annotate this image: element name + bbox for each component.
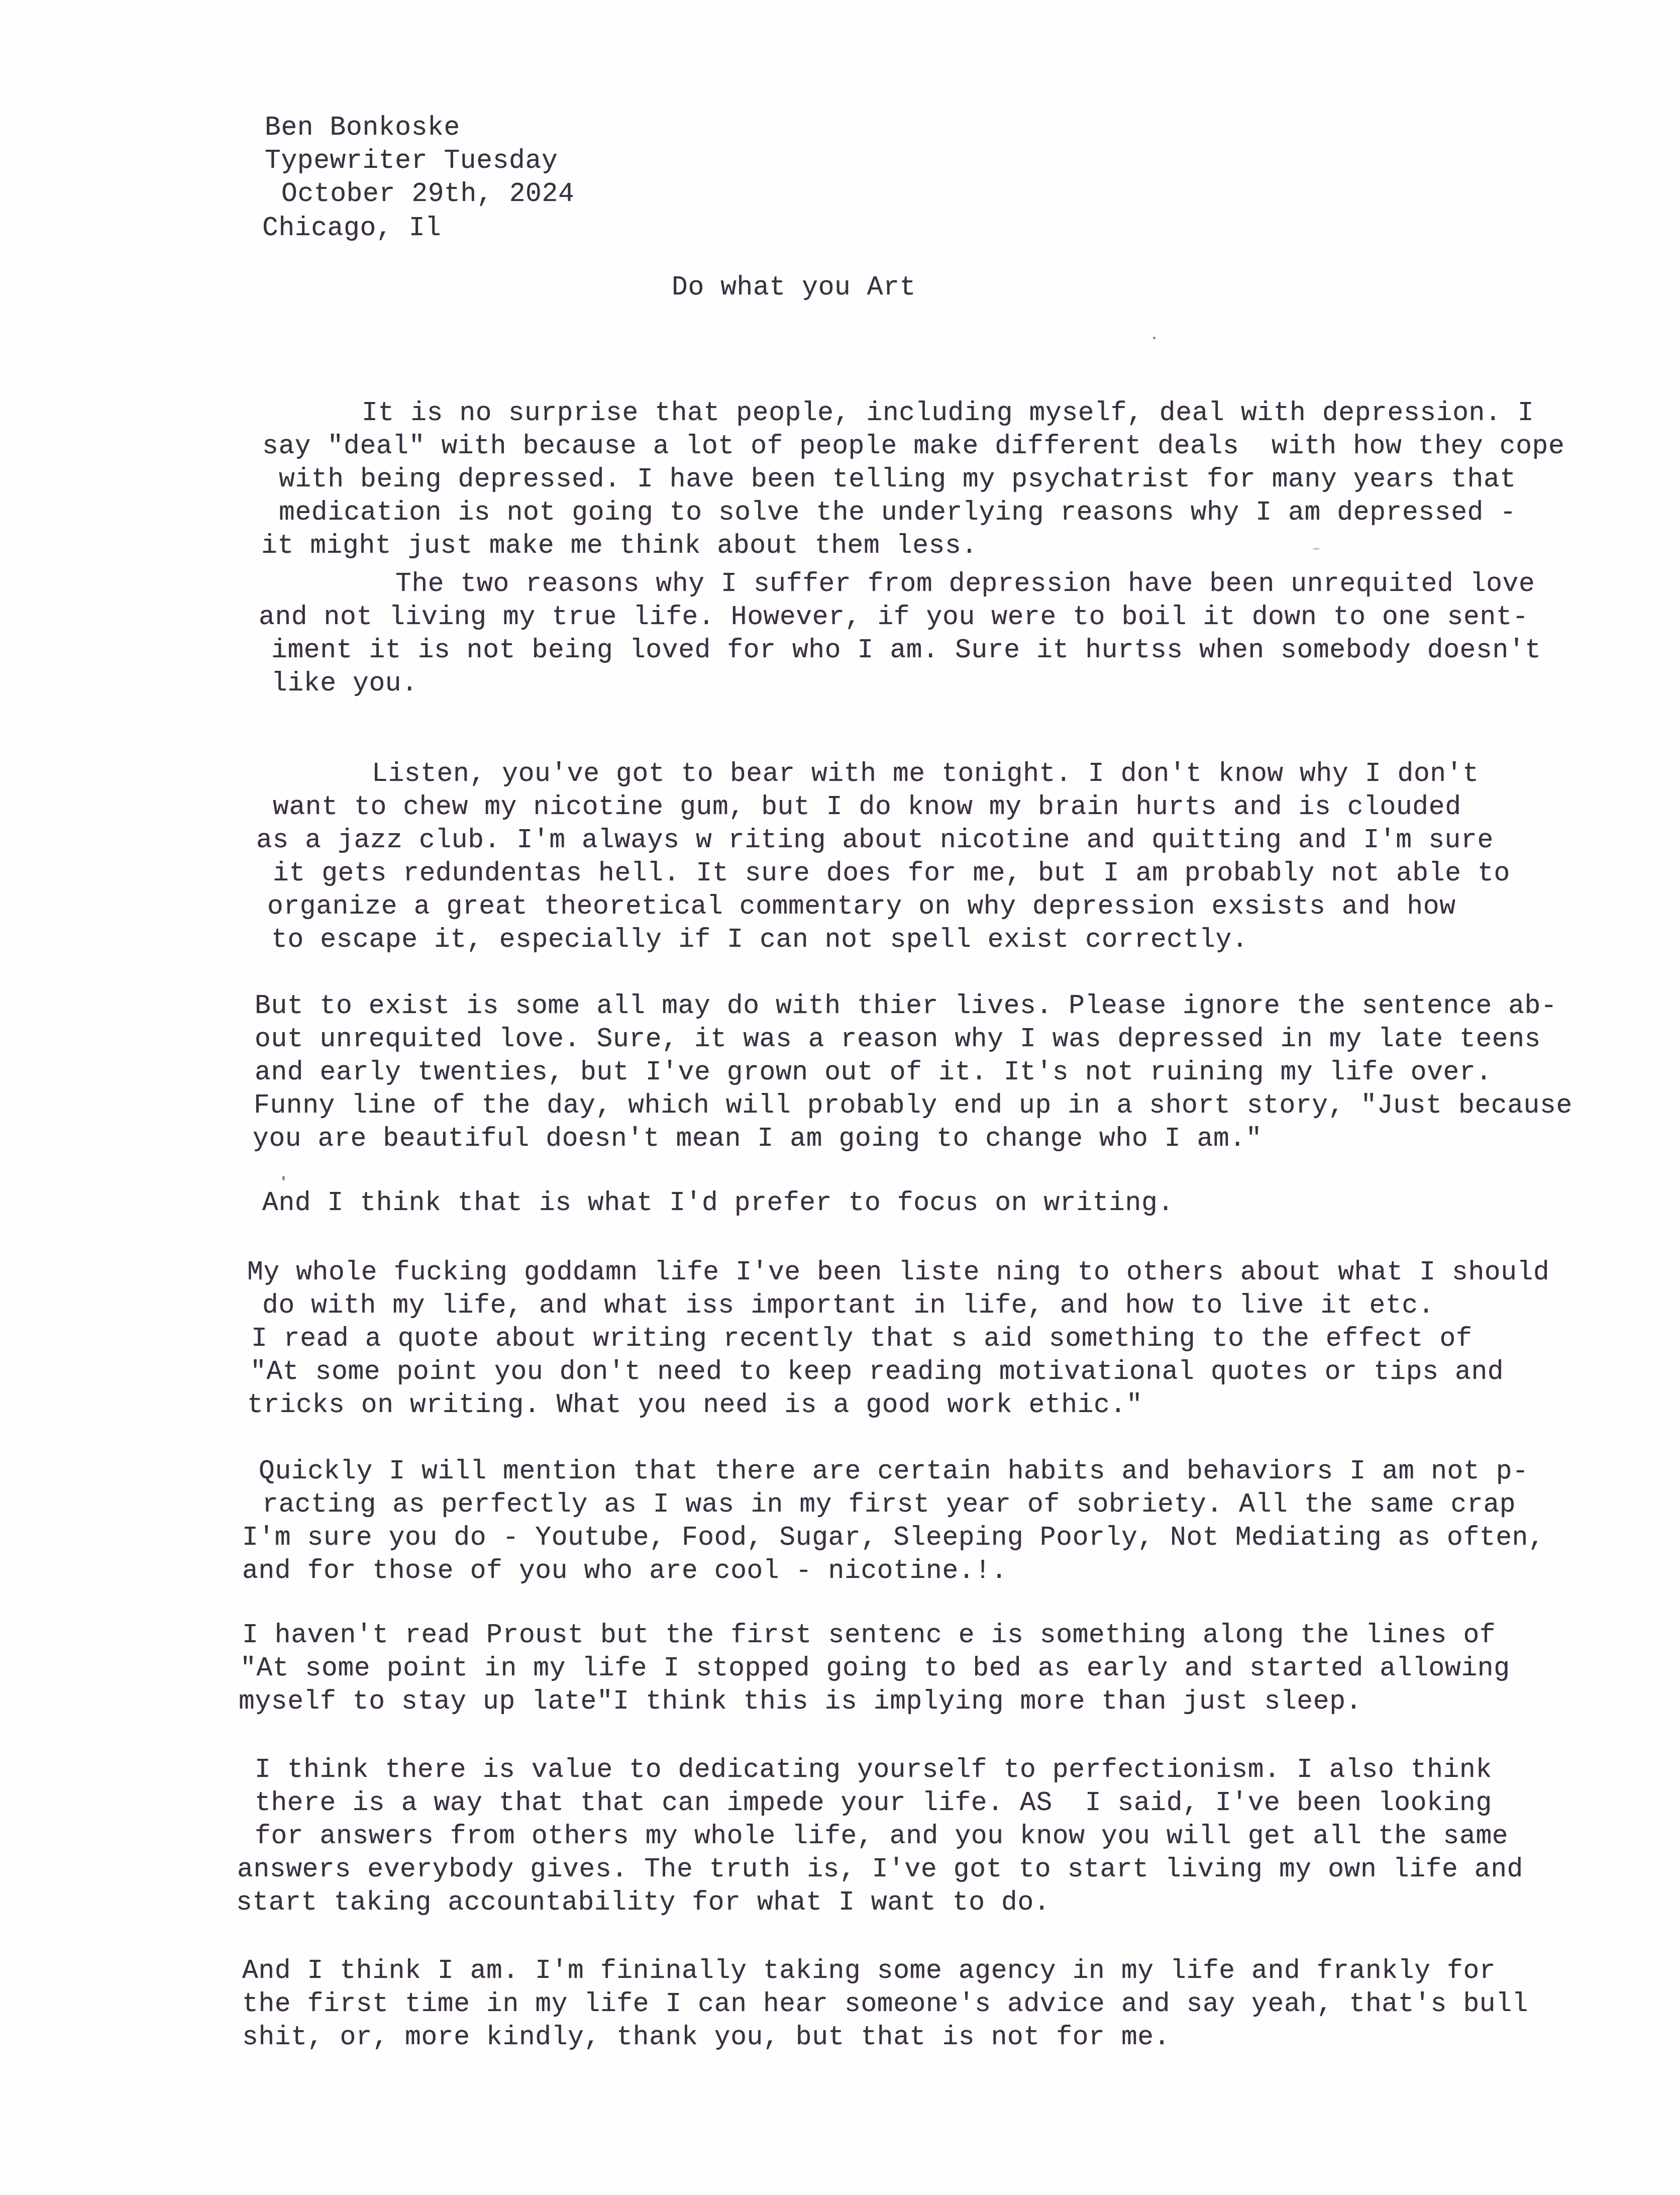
paragraph-line: myself to stay up late"I think this is i… [239,1685,1362,1718]
paragraph-line: The two reasons why I suffer from depres… [395,568,1535,600]
paragraph-line: want to chew my nicotine gum, but I do k… [273,791,1461,823]
paragraph-line: "At some point you don't need to keep re… [250,1356,1504,1388]
ink-smudge [1313,548,1320,550]
letter-date: October 29th, 2024 [281,178,574,210]
paragraph-line: Funny line of the day, which will probab… [254,1089,1572,1122]
paragraph-line: iment it is not being loved for who I am… [271,634,1541,666]
paragraph-line: to escape it, especially if I can not sp… [271,924,1248,956]
ink-speck [282,1176,285,1180]
paragraph-line: out unrequited love. Sure, it was a reas… [255,1023,1541,1055]
paragraph-line: I'm sure you do - Youtube, Food, Sugar, … [242,1522,1544,1554]
paragraph-line: there is a way that that can impede your… [255,1787,1492,1819]
paragraph-line: I think there is value to dedicating you… [255,1754,1492,1786]
paragraph-line: My whole fucking goddamn life I've been … [247,1256,1549,1288]
author-name: Ben Bonkoske [265,112,460,144]
series-name: Typewriter Tuesday [265,145,558,177]
paragraph-line: tricks on writing. What you need is a go… [247,1389,1142,1421]
paragraph-line: and early twenties, but I've grown out o… [255,1056,1492,1088]
paragraph-line: with being depressed. I have been tellin… [279,463,1516,495]
paragraph-line: I read a quote about writing recently th… [251,1323,1472,1355]
paragraph-line: answers everybody gives. The truth is, I… [237,1853,1523,1885]
paragraph-line: Listen, you've got to bear with me tonig… [372,758,1479,790]
paragraph-line: medication is not going to solve the und… [279,496,1516,529]
paragraph-line: and not living my true life. However, if… [259,601,1529,633]
paragraph-line: "At some point in my life I stopped goin… [240,1652,1510,1684]
paragraph-line: shit, or, more kindly, thank you, but th… [242,2021,1170,2053]
paragraph-line: Quickly I will mention that there are ce… [259,1455,1529,1487]
paragraph-line: as a jazz club. I'm always w riting abou… [256,824,1494,856]
paragraph-line: like you. [271,667,418,700]
paragraph-line: for answers from others my whole life, a… [255,1820,1508,1852]
paragraph-line: you are beautiful doesn't mean I am goin… [253,1123,1262,1155]
paragraph-line: it gets redundentas hell. It sure does f… [273,857,1510,889]
paragraph-line: start taking accountability for what I w… [236,1886,1050,1919]
paragraph-line: And I think I am. I'm fininally taking s… [242,1955,1496,1987]
paragraph-line: it might just make me think about them l… [261,530,978,562]
paragraph-line: I haven't read Proust but the first sent… [242,1619,1496,1651]
paragraph-line: say "deal" with because a lot of people … [262,430,1564,462]
paragraph-line: organize a great theoretical commentary … [267,890,1456,923]
paragraph-line: And I think that is what I'd prefer to f… [262,1187,1174,1219]
paragraph-line: the first time in my life I can hear som… [242,1988,1528,2020]
typewritten-letter-page: Ben Bonkoske Typewriter Tuesday October … [0,0,1680,2195]
paragraph-line: and for those of you who are cool - nico… [242,1555,1007,1587]
paragraph-line: But to exist is some all may do with thi… [255,990,1557,1022]
letter-location: Chicago, Il [262,212,441,244]
letter-title: Do what you Art [672,271,916,304]
paragraph-line: racting as perfectly as I was in my firs… [262,1488,1516,1521]
ink-speck [1153,337,1156,339]
paragraph-line: It is no surprise that people, including… [362,397,1534,429]
paragraph-line: do with my life, and what iss important … [262,1289,1434,1322]
